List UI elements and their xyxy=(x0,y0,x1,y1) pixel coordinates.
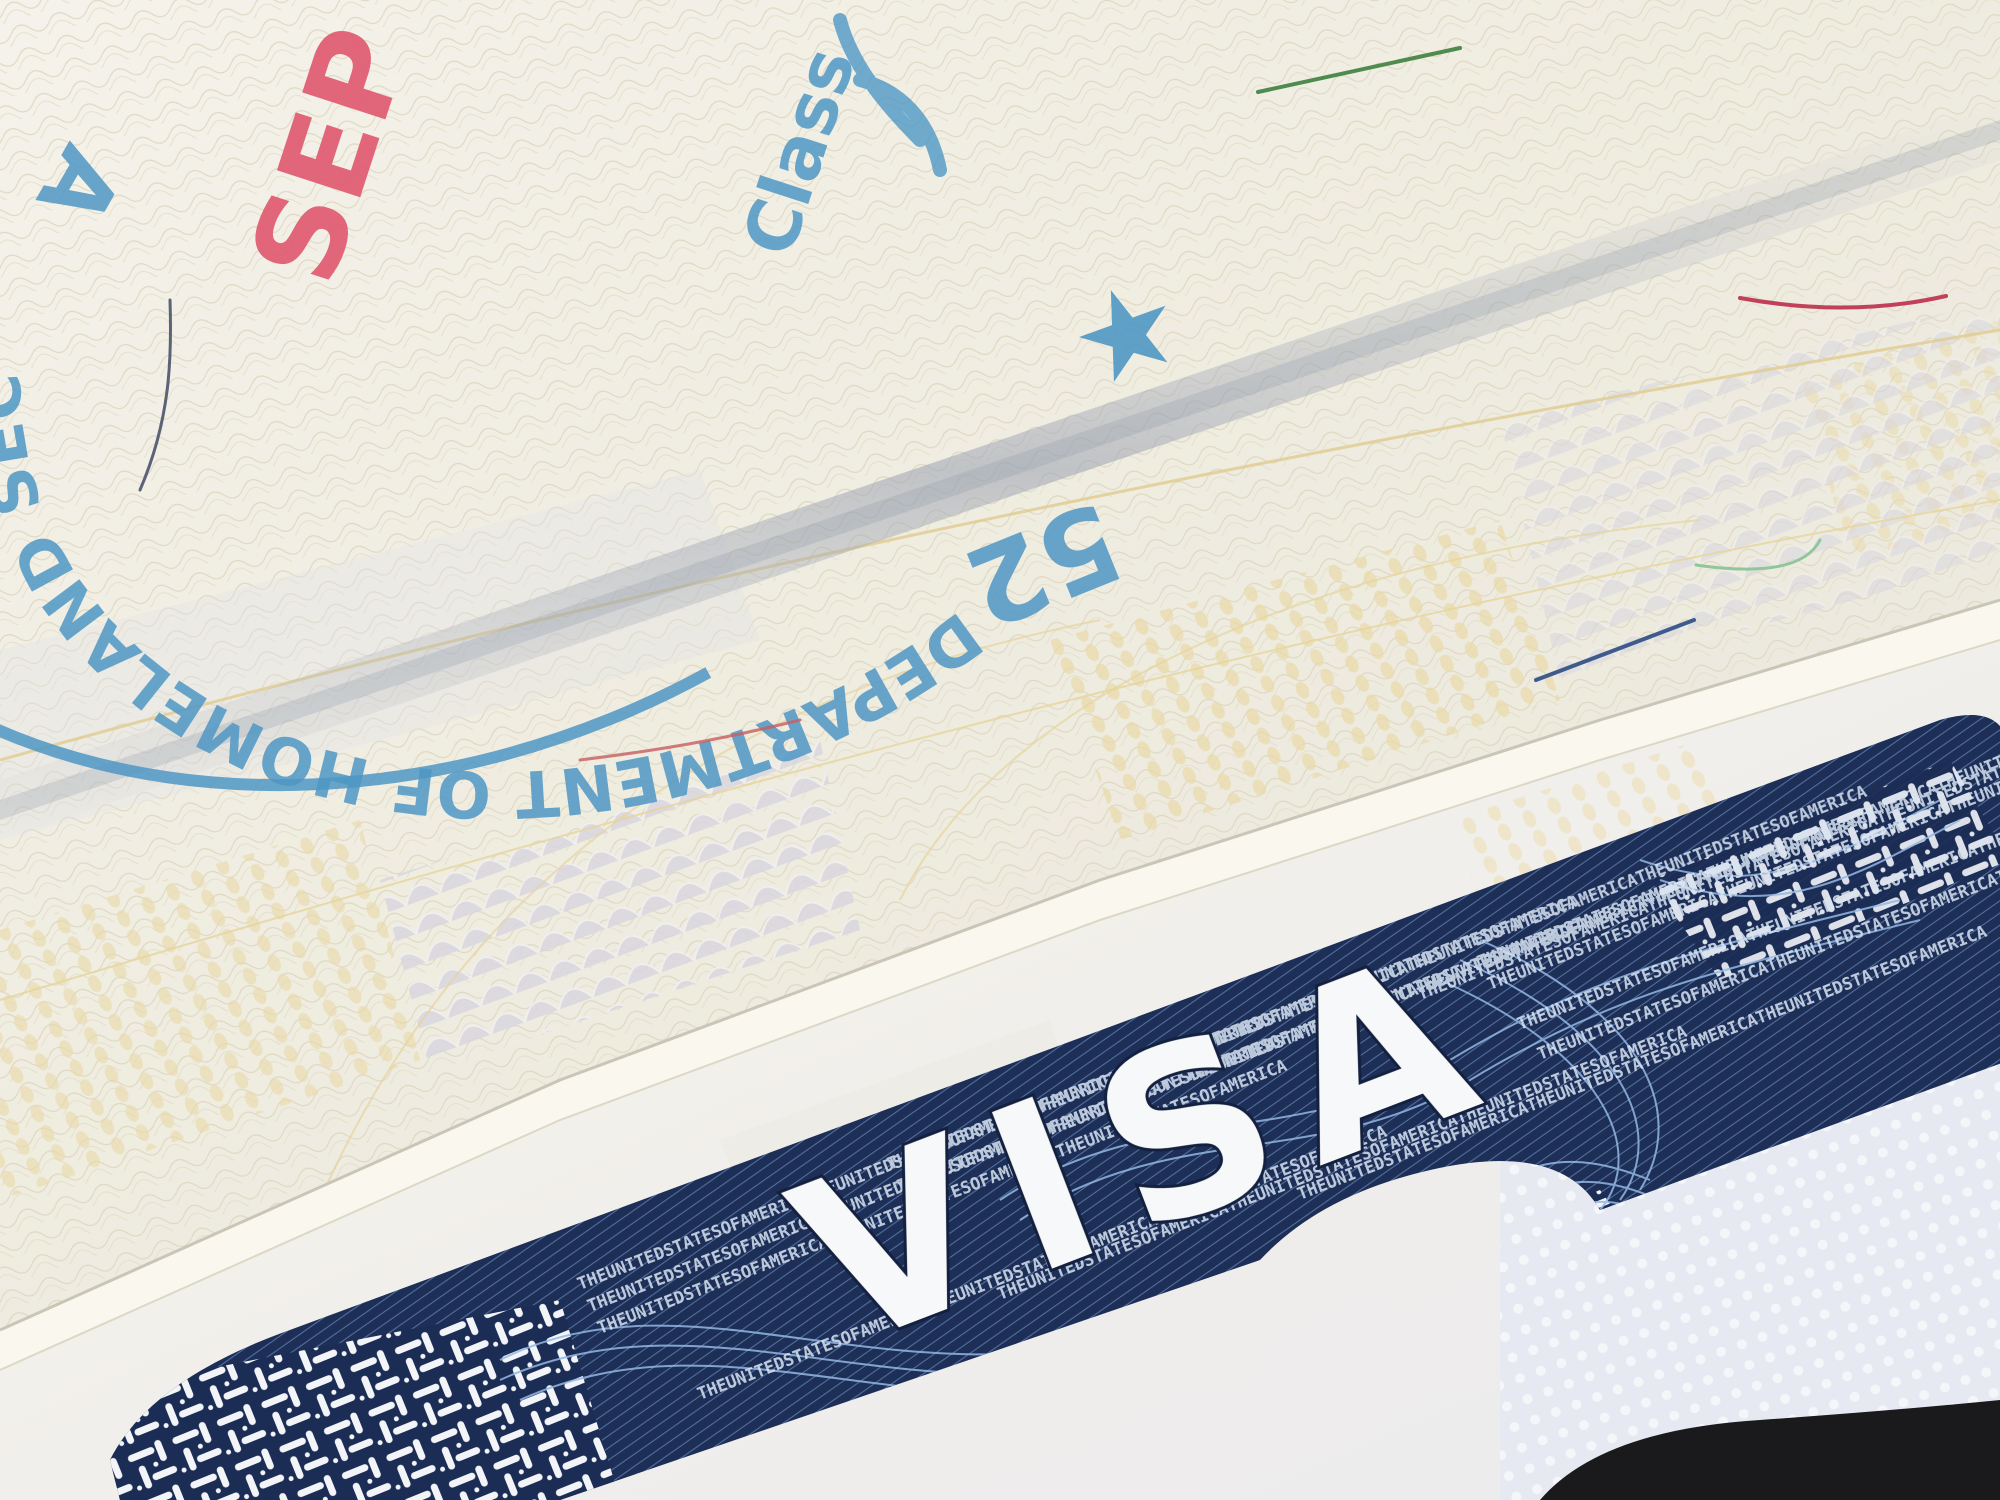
passport-photo: SEP Class DEPARTMENT OF HOMELAND SECURIT… xyxy=(0,0,2000,1500)
passport-illustration: SEP Class DEPARTMENT OF HOMELAND SECURIT… xyxy=(0,0,2000,1500)
